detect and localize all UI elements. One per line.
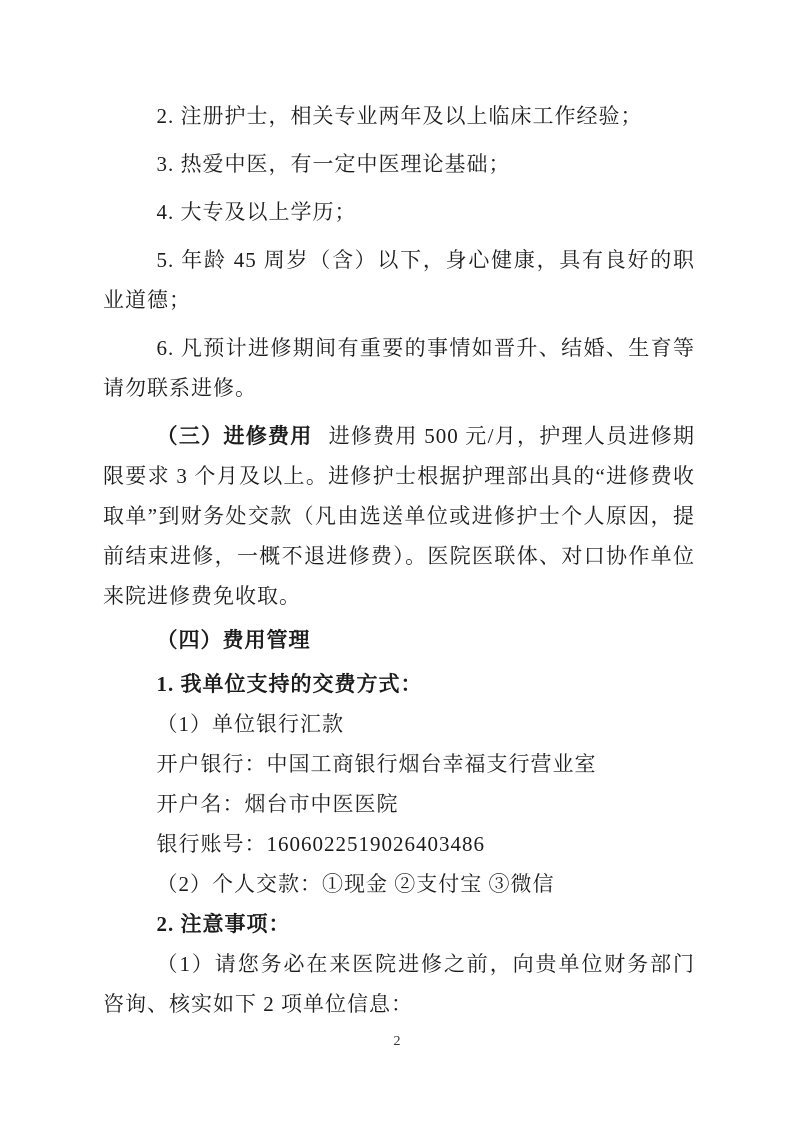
section3-body-text: 进修费用 500 元/月，护理人员进修期限要求 3 个月及以上。进修护士根据护理… — [103, 424, 695, 608]
document-page: 2. 注册护士，相关专业两年及以上临床工作经验； 3. 热爱中医，有一定中医理论… — [0, 0, 794, 1123]
account-number-line: 银行账号：1606022519026403486 — [103, 824, 695, 864]
section4-sub1-heading: 1. 我单位支持的交费方式： — [103, 664, 695, 704]
list-item-3: 3. 热爱中医，有一定中医理论基础； — [103, 144, 695, 184]
section3-paragraph: （三）进修费用进修费用 500 元/月，护理人员进修期限要求 3 个月及以上。进… — [103, 416, 695, 616]
list-item-2: 2. 注册护士，相关专业两年及以上临床工作经验； — [103, 96, 695, 136]
list-item-4: 4. 大专及以上学历； — [103, 192, 695, 232]
section4-sub2-heading: 2. 注意事项： — [103, 904, 695, 944]
bank-name-line: 开户银行：中国工商银行烟台幸福支行营业室 — [103, 744, 695, 784]
section4-heading: （四）费用管理 — [103, 620, 695, 660]
list-item-6: 6. 凡预计进修期间有重要的事情如晋升、结婚、生育等请勿联系进修。 — [103, 328, 695, 408]
account-name-line: 开户名：烟台市中医医院 — [103, 784, 695, 824]
payment-method-unit: （1）单位银行汇款 — [103, 704, 695, 744]
section3-heading: （三）进修费用 — [157, 424, 313, 448]
notice-item-1: （1）请您务必在来医院进修之前，向贵单位财务部门咨询、核实如下 2 项单位信息： — [103, 944, 695, 1024]
payment-method-personal: （2）个人交款：①现金 ②支付宝 ③微信 — [103, 864, 695, 904]
list-item-5: 5. 年龄 45 周岁（含）以下，身心健康，具有良好的职业道德； — [103, 240, 695, 320]
page-number: 2 — [0, 1032, 794, 1052]
document-body: 2. 注册护士，相关专业两年及以上临床工作经验； 3. 热爱中医，有一定中医理论… — [103, 96, 695, 1024]
